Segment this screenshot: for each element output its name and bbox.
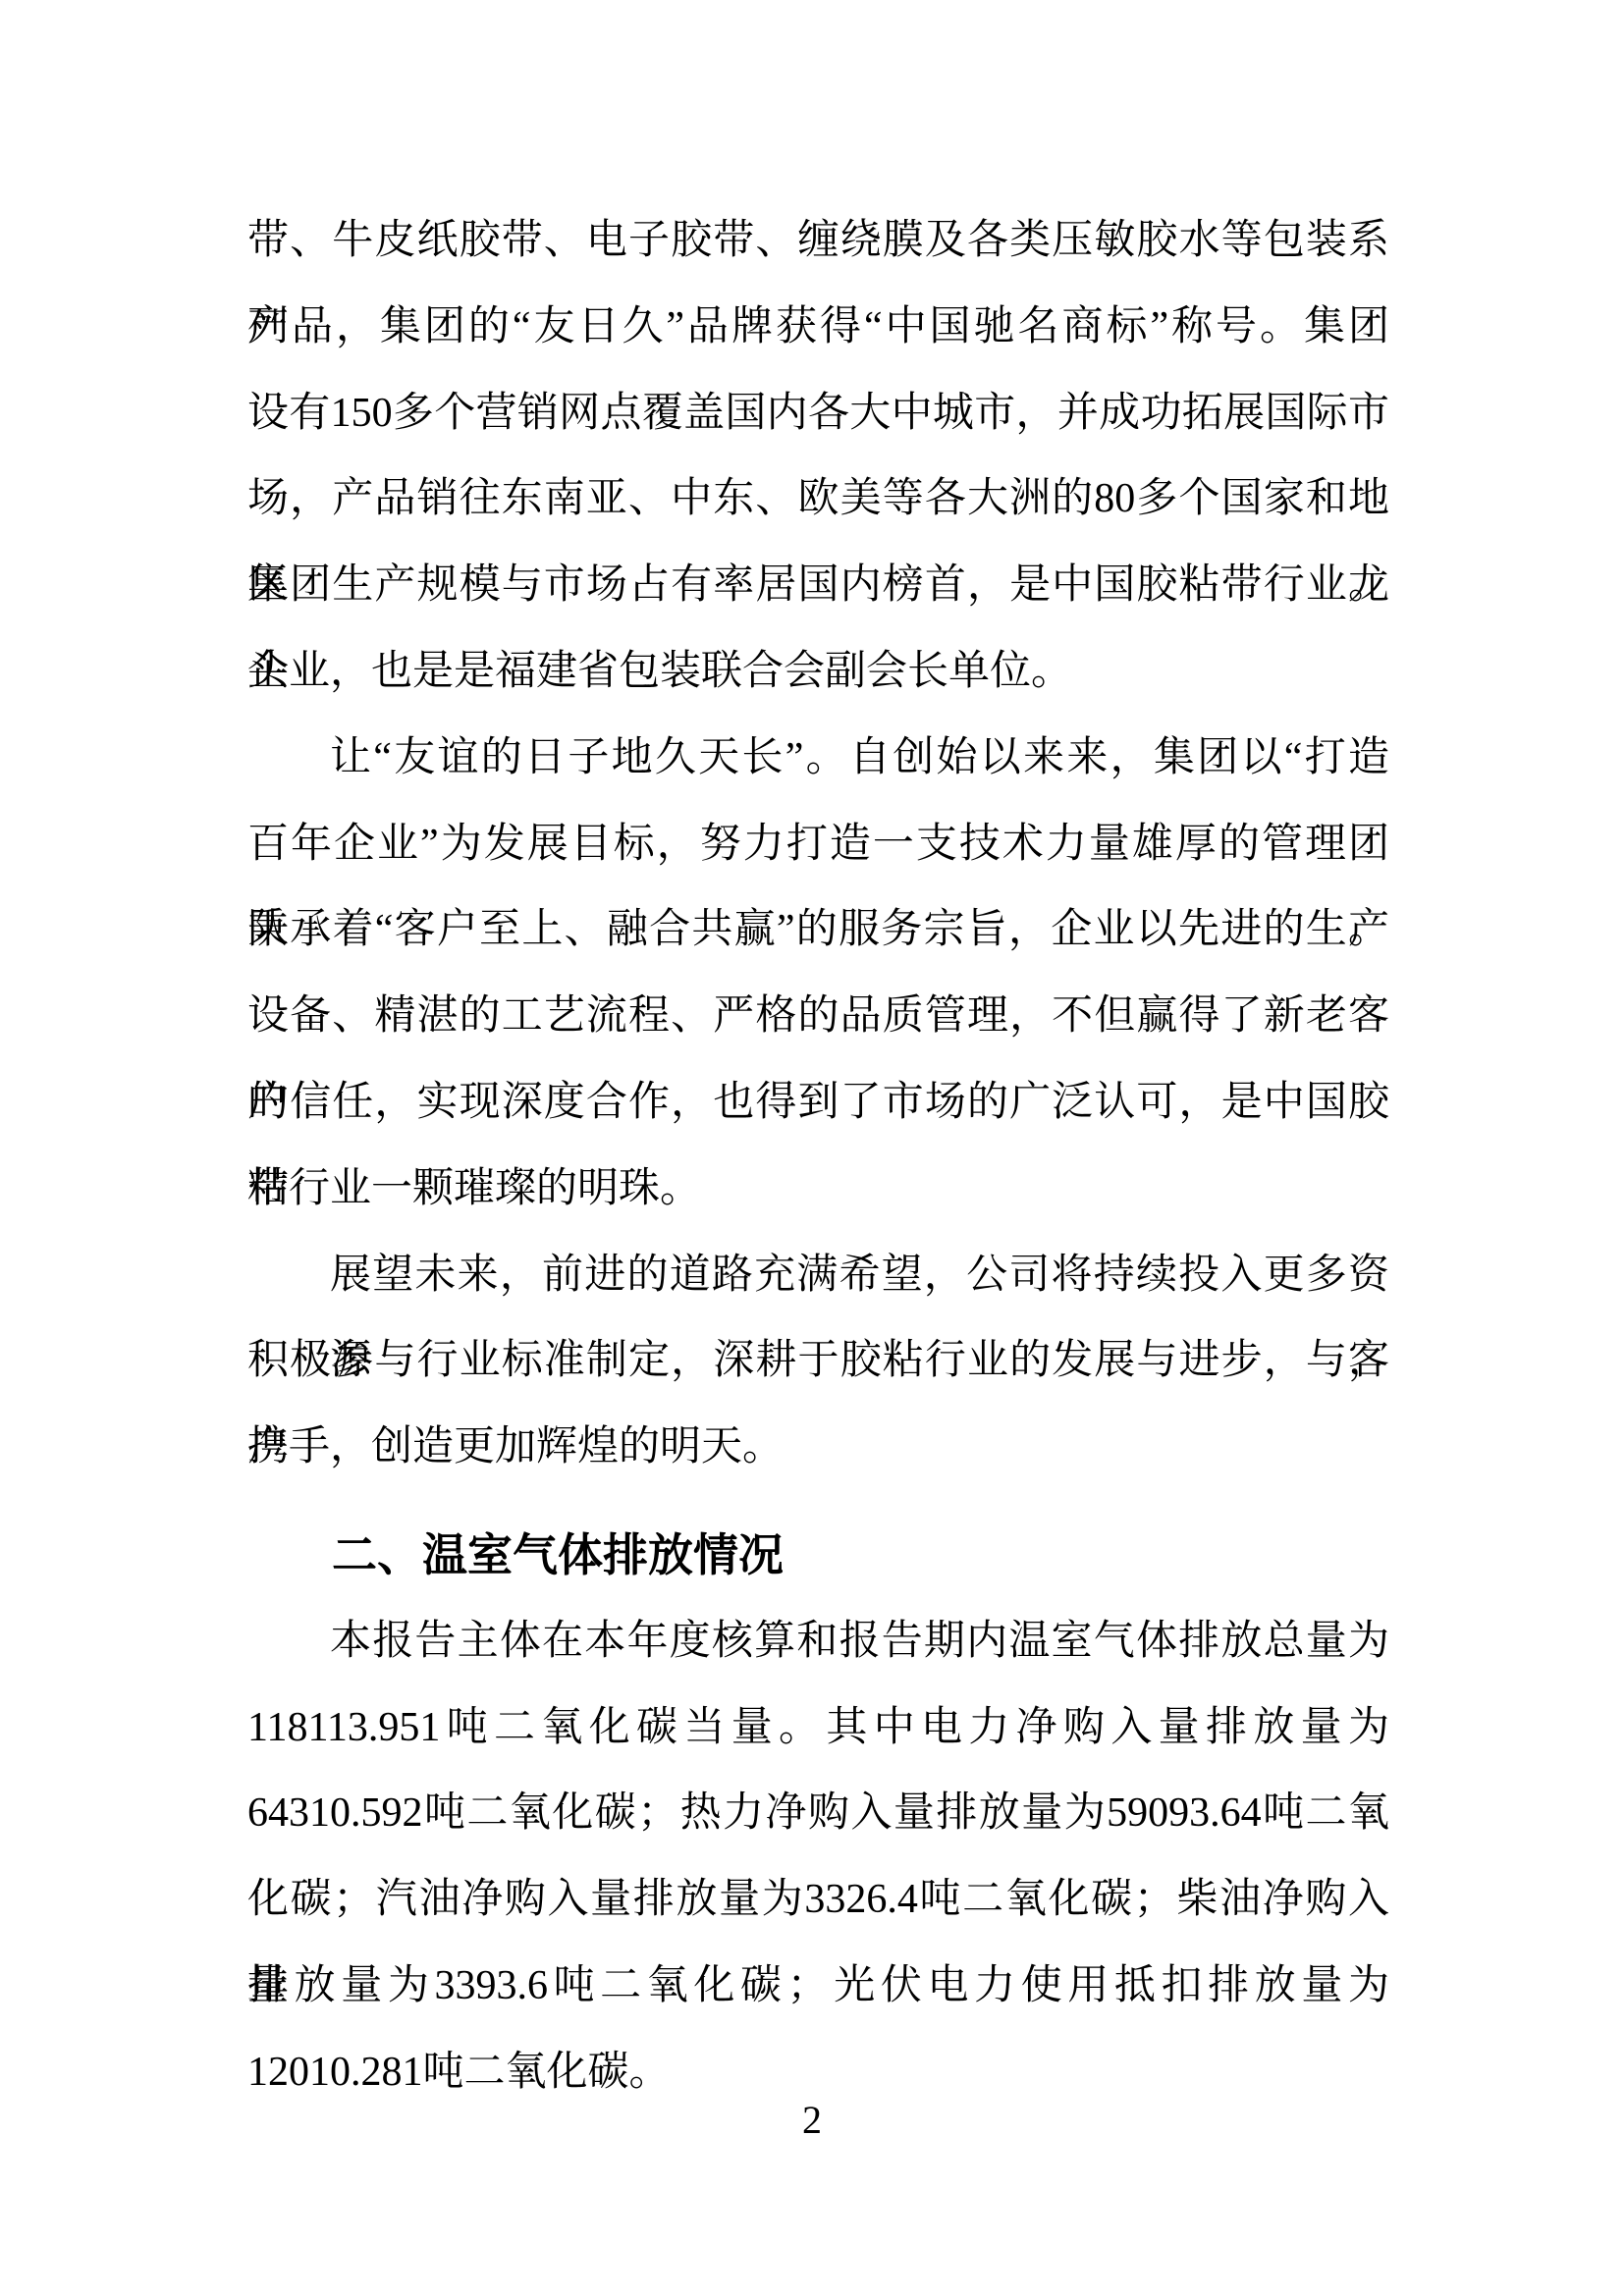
text-line: 积极参与行业标准制定，深耕于胶粘行业的发展与进步，与客户	[247, 1318, 1389, 1405]
text-line: 企业，也是是福建省包装联合会副会长单位。	[247, 629, 1389, 716]
text-line: 百年企业”为发展目标，努力打造一支技术力量雄厚的管理团队。	[247, 802, 1389, 888]
text-line: 展望未来，前进的道路充满希望，公司将持续投入更多资源，	[247, 1233, 1389, 1319]
text-line: 秉承着“客户至上、融合共赢”的服务宗旨，企业以先进的生产	[247, 887, 1389, 974]
text-line: 的信任，实现深度合作，也得到了市场的广泛认可，是中国胶粘	[247, 1060, 1389, 1147]
section-heading: 二、温室气体排放情况	[247, 1513, 1389, 1599]
text-line: 产品，集团的“友日久”品牌获得“中国驰名商标”称号。集团	[247, 285, 1389, 371]
text-line: 118113.951吨二氧化碳当量。其中电力净购入量排放量为	[247, 1685, 1389, 1772]
text-line: 集团生产规模与市场占有率居国内榜首，是中国胶粘带行业龙头	[247, 543, 1389, 629]
text-line: 让“友谊的日子地久天长”。自创始以来来，集团以“打造	[247, 716, 1389, 802]
text-line: 带行业一颗璀璨的明珠。	[247, 1147, 1389, 1233]
text-line: 排放量为3393.6吨二氧化碳；光伏电力使用抵扣排放量为	[247, 1944, 1389, 2030]
text-line: 设有150多个营销网点覆盖国内各大中城市，并成功拓展国际市	[247, 371, 1389, 457]
text-line: 化碳；汽油净购入量排放量为3326.4吨二氧化碳；柴油净购入量	[247, 1857, 1389, 1944]
text-line: 携手，创造更加辉煌的明天。	[247, 1405, 1389, 1491]
document-page: 带、牛皮纸胶带、电子胶带、缠绕膜及各类压敏胶水等包装系列产品，集团的“友日久”品…	[0, 0, 1624, 2296]
text-line: 64310.592吨二氧化碳；热力净购入量排放量为59093.64吨二氧	[247, 1771, 1389, 1857]
text-line: 设备、精湛的工艺流程、严格的品质管理，不但赢得了新老客户	[247, 974, 1389, 1060]
text-line: 带、牛皮纸胶带、电子胶带、缠绕膜及各类压敏胶水等包装系列	[247, 198, 1389, 285]
document-body: 带、牛皮纸胶带、电子胶带、缠绕膜及各类压敏胶水等包装系列产品，集团的“友日久”品…	[247, 198, 1389, 2116]
page-number: 2	[0, 2097, 1624, 2144]
text-line: 本报告主体在本年度核算和报告期内温室气体排放总量为	[247, 1599, 1389, 1685]
text-line: 场，产品销往东南亚、中东、欧美等各大洲的80多个国家和地区。	[247, 456, 1389, 543]
